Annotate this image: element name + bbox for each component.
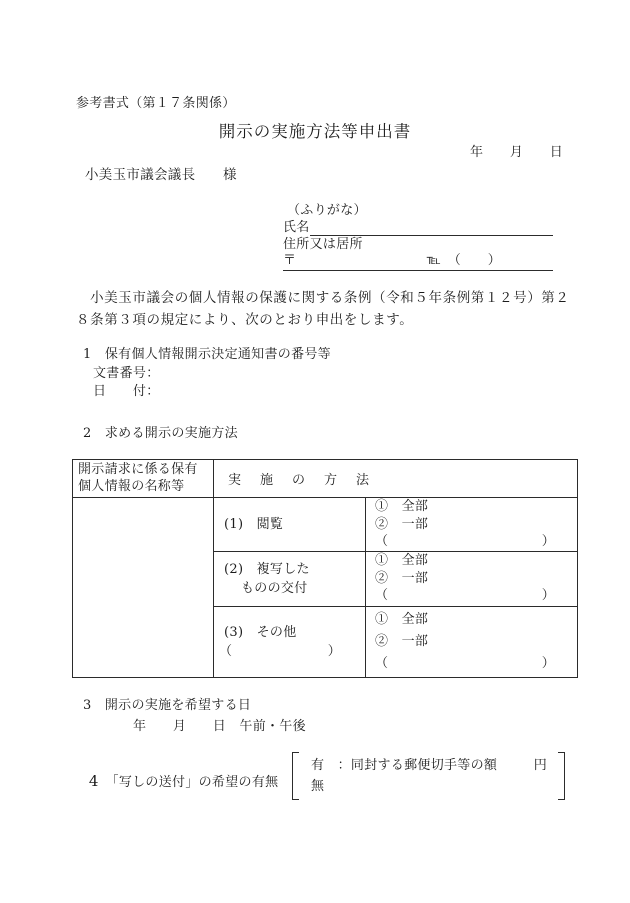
intro-line-1: 小美玉市議会の個人情報の保護に関する条例（令和５年条例第１２号）第２: [76, 288, 576, 310]
section4-number: 4: [89, 772, 99, 790]
method-2-option-part: ② 一部: [366, 570, 577, 588]
section4-heading-text: 「写しの送付」の希望の有無: [99, 775, 279, 790]
section4-heading: 4 「写しの送付」の希望の有無: [80, 757, 278, 791]
copy-mailing-options: 有 ：同封する郵便切手等の額 円 無: [292, 752, 565, 800]
method-2-label-line2: ものの交付: [214, 579, 365, 598]
doc-date-label: 日 付：: [93, 384, 160, 400]
form-reference: 参考書式（第１７条関係）: [76, 96, 236, 112]
doc-number-label: 文書番号：: [93, 366, 160, 382]
intro-paragraph: 小美玉市議会の個人情報の保護に関する条例（令和５年条例第１２号）第２ ８条第３項…: [76, 288, 576, 331]
paren-open: （: [219, 642, 232, 661]
method-1-option-part: ② 一部: [366, 516, 577, 534]
paren-close: ）: [542, 533, 555, 551]
bracket-left: [292, 752, 299, 800]
table-header-method-cell: 実 施 の 方 法: [214, 460, 578, 498]
method-1-option-all: ① 全部: [366, 498, 577, 516]
col1-header-line1: 開示請求に係る保有: [78, 462, 208, 479]
name-fill-line: [310, 219, 553, 236]
method-2-options-cell: ① 全部 ② 一部 （ ）: [366, 551, 578, 606]
method-label-cell-2: (2) 複写した ものの交付: [214, 551, 366, 606]
disclosure-method-table: 開示請求に係る保有 個人情報の名称等 実 施 の 方 法 (1) 閲覧 ① 全部…: [72, 459, 578, 678]
table-row-inspection: (1) 閲覧 ① 全部 ② 一部 （ ）: [73, 498, 578, 552]
paren-close: ）: [542, 653, 555, 675]
name-entry-cell: [73, 498, 214, 678]
furigana-label: （ふりがな）: [287, 203, 367, 219]
paren-open: （: [375, 653, 388, 675]
paren-open: （: [375, 533, 388, 551]
name-field-row: 氏名: [283, 219, 553, 236]
paren-open: （: [375, 587, 388, 605]
table-header-name-cell: 開示請求に係る保有 個人情報の名称等: [73, 460, 214, 498]
paren-close: ）: [542, 587, 555, 605]
option-no-line: 無: [311, 776, 547, 797]
option-no-label: 無: [311, 776, 324, 797]
method-3-paren-line: （ ）: [366, 653, 577, 675]
method-label-cell-1: (1) 閲覧: [214, 498, 366, 552]
section2-heading: 2 求める開示の実施方法: [83, 426, 238, 442]
method-2-paren-line: （ ）: [366, 587, 577, 605]
addressee-line: 小美玉市議会議長 様: [85, 167, 237, 183]
method-3-label: (3) その他: [214, 623, 365, 642]
method-1-paren-line: （ ）: [366, 533, 577, 551]
method-2-label-line1: (2) 複写した: [214, 560, 365, 579]
date-line: 年 月 日: [470, 145, 563, 161]
method-label-cell-3: (3) その他 （ ）: [214, 606, 366, 677]
method-1-options-cell: ① 全部 ② 一部 （ ）: [366, 498, 578, 552]
postal-mark: 〒: [283, 253, 296, 269]
table-header-row: 開示請求に係る保有 個人情報の名称等 実 施 の 方 法: [73, 460, 578, 498]
address-label: 住所又は居所: [283, 237, 363, 253]
section3-heading: 3 開示の実施を希望する日: [83, 698, 251, 714]
col1-header-line2: 個人情報の名称等: [78, 479, 208, 496]
method-3-fill-paren: （ ）: [214, 642, 365, 661]
tel-label: ℡ （ ）: [427, 253, 501, 269]
method-2-option-all: ① 全部: [366, 552, 577, 570]
document-title: 開示の実施方法等申出書: [0, 118, 630, 142]
method-3-options-cell: ① 全部 ② 一部 （ ）: [366, 606, 578, 677]
paren-close: ）: [328, 642, 341, 661]
option-yes-label: 有 ：同封する郵便切手等の額: [311, 755, 497, 776]
postal-tel-row: 〒 ℡ （ ）: [283, 253, 553, 271]
section3-date-line: 年 月 日 午前・午後: [133, 719, 306, 735]
yen-label: 円: [534, 755, 547, 776]
name-label: 氏名: [283, 220, 310, 236]
method-3-option-all: ① 全部: [366, 609, 577, 631]
method-1-label: (1) 閲覧: [214, 515, 365, 534]
bracket-right: [558, 752, 565, 800]
intro-line-2: ８条第３項の規定により、次のとおり申出をします。: [76, 310, 576, 332]
option-yes-line: 有 ：同封する郵便切手等の額 円: [311, 755, 547, 776]
method-3-option-part: ② 一部: [366, 631, 577, 653]
section1-heading: 1 保有個人情報開示決定通知書の番号等: [83, 347, 331, 363]
